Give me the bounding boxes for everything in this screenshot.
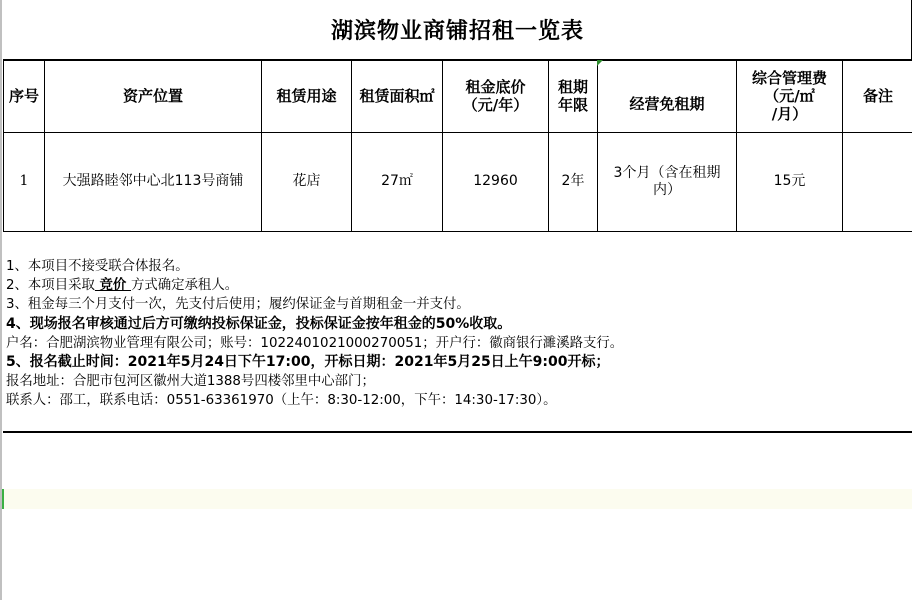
note-line-6: 5、报名截止时间：2021年5月24日下午17:00，开标日期：2021年5月2… <box>6 353 912 372</box>
listing-table: 序号 资产位置 租赁用途 租赁面积㎡ 租金底价 （元/年） 租期 年限 经营免租… <box>3 59 912 232</box>
note-line-2-emphasis: 竞价 <box>95 278 131 293</box>
cell-rent-free-line1: 3个月（含在租期 <box>598 165 736 182</box>
cell-remark[interactable] <box>843 132 912 231</box>
cell-usage[interactable]: 花店 <box>262 132 352 231</box>
cell-rent-free-line2: 内） <box>598 182 736 199</box>
header-mgmt-fee-line1: 综合管理费 <box>737 69 842 87</box>
header-base-rent-line1: 租金底价 <box>443 78 548 96</box>
header-remark[interactable]: 备注 <box>843 60 912 132</box>
header-row: 序号 资产位置 租赁用途 租赁面积㎡ 租金底价 （元/年） 租期 年限 经营免租… <box>4 60 912 132</box>
cell-rent-free[interactable]: 3个月（含在租期 内） <box>598 132 737 231</box>
notes-cell[interactable]: 1、本项目不接受联合体报名。 2、本项目采取 竞价 方式确定承租人。 3、租金每… <box>3 230 912 433</box>
header-base-rent-line2: （元/年） <box>443 96 548 114</box>
cell-mgmt-fee[interactable]: 15元 <box>737 132 843 231</box>
cell-location[interactable]: 大强路睦邻中心北113号商铺 <box>45 132 262 231</box>
header-mgmt-fee-line3: /月） <box>737 105 842 123</box>
header-term-line1: 租期 <box>549 78 597 96</box>
cell-base-rent[interactable]: 12960 <box>443 132 549 231</box>
cell-area[interactable]: 27㎡ <box>352 132 443 231</box>
header-base-rent[interactable]: 租金底价 （元/年） <box>443 60 549 132</box>
header-seq[interactable]: 序号 <box>4 60 45 132</box>
spreadsheet-sheet: 湖滨物业商铺招租一览表 序号 资产位置 租赁用途 租赁面积㎡ 租金底价 （元/年… <box>0 0 912 600</box>
note-line-8: 联系人：邵工，联系电话：0551-63361970（上午：8:30-12:00，… <box>6 391 912 410</box>
note-line-2-prefix: 2、本项目采取 <box>6 278 95 293</box>
note-line-1: 1、本项目不接受联合体报名。 <box>6 257 912 276</box>
note-line-5: 户名：合肥湖滨物业管理有限公司；账号：1022401021000270051；开… <box>6 334 912 353</box>
cell-seq[interactable]: 1 <box>4 132 45 231</box>
note-line-2: 2、本项目采取 竞价 方式确定承租人。 <box>6 276 912 295</box>
header-rent-free[interactable]: 经营免租期 <box>598 60 737 132</box>
cell-term[interactable]: 2年 <box>549 132 598 231</box>
header-mgmt-fee-line2: （元/㎡ <box>737 87 842 105</box>
note-line-4: 4、现场报名审核通过后方可缴纳投标保证金，投标保证金按年租金的50%收取。 <box>6 315 912 334</box>
header-location[interactable]: 资产位置 <box>45 60 262 132</box>
note-line-2-suffix: 方式确定承租人。 <box>131 278 238 293</box>
selected-row-highlight[interactable] <box>2 489 912 509</box>
note-line-7: 报名地址：合肥市包河区徽州大道1388号四楼邻里中心部门； <box>6 372 912 391</box>
sheet-title[interactable]: 湖滨物业商铺招租一览表 <box>4 0 912 59</box>
header-term-line2: 年限 <box>549 96 597 114</box>
note-line-3: 3、租金每三个月支付一次，先支付后使用；履约保证金与首期租金一并支付。 <box>6 295 912 314</box>
table-row: 1 大强路睦邻中心北113号商铺 花店 27㎡ 12960 2年 3个月（含在租… <box>4 132 912 231</box>
header-area[interactable]: 租赁面积㎡ <box>352 60 443 132</box>
comment-indicator-icon[interactable] <box>597 60 603 66</box>
header-usage[interactable]: 租赁用途 <box>262 60 352 132</box>
header-mgmt-fee[interactable]: 综合管理费 （元/㎡ /月） <box>737 60 843 132</box>
header-term[interactable]: 租期 年限 <box>549 60 598 132</box>
